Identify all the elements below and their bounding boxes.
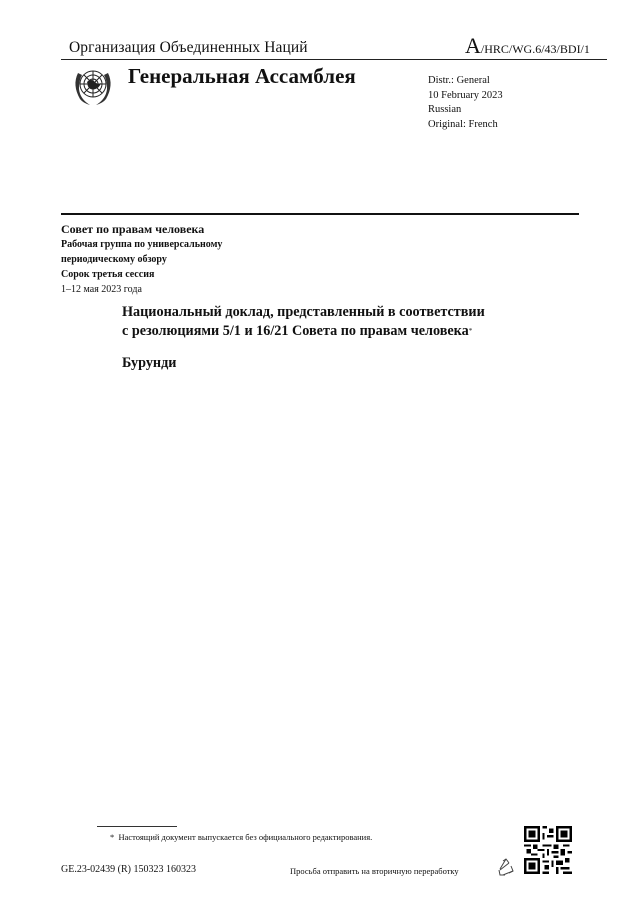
organization-name: Организация Объединенных Наций xyxy=(69,39,308,57)
symbol-rest: /HRC/WG.6/43/BDI/1 xyxy=(481,42,590,56)
council-name: Совет по правам человека xyxy=(61,222,222,237)
session-name: Сорок третья сессия xyxy=(61,267,222,282)
qr-code-icon xyxy=(524,826,572,874)
distr-status: Distr.: General xyxy=(428,74,503,89)
assembly-title: Генеральная Ассамблея xyxy=(128,64,356,89)
recycle-icon xyxy=(497,858,515,878)
job-number: GE.23-02439 (R) 150323 160323 xyxy=(61,864,196,875)
header-rule xyxy=(61,59,607,60)
distr-original: Original: French xyxy=(428,118,503,133)
footnote-rule xyxy=(97,826,177,827)
document-title: Национальный доклад, представленный в со… xyxy=(122,303,485,341)
country-name: Бурунди xyxy=(122,355,176,372)
document-symbol: A/HRC/WG.6/43/BDI/1 xyxy=(465,37,590,57)
footnote-text: Настоящий документ выпускается без офици… xyxy=(119,832,373,842)
footnote: * Настоящий документ выпускается без офи… xyxy=(110,832,372,842)
working-group-line2: периодическому обзору xyxy=(61,252,222,267)
distr-date: 10 February 2023 xyxy=(428,89,503,104)
distribution-block: Distr.: General 10 February 2023 Russian… xyxy=(428,74,503,132)
symbol-letter: A xyxy=(465,33,481,58)
title-footnote-link[interactable]: * xyxy=(469,327,473,335)
un-emblem-icon xyxy=(70,63,116,109)
recycle-text: Просьба отправить на вторичную переработ… xyxy=(290,866,459,876)
council-block: Совет по правам человека Рабочая группа … xyxy=(61,222,222,297)
title-line2: с резолюциями 5/1 и 16/21 Совета по прав… xyxy=(122,323,469,339)
working-group-line1: Рабочая группа по универсальному xyxy=(61,237,222,252)
footnote-mark: * xyxy=(110,832,114,842)
session-dates: 1–12 мая 2023 года xyxy=(61,282,222,297)
section-rule xyxy=(61,213,579,215)
title-line1: Национальный доклад, представленный в со… xyxy=(122,303,485,322)
distr-language: Russian xyxy=(428,103,503,118)
